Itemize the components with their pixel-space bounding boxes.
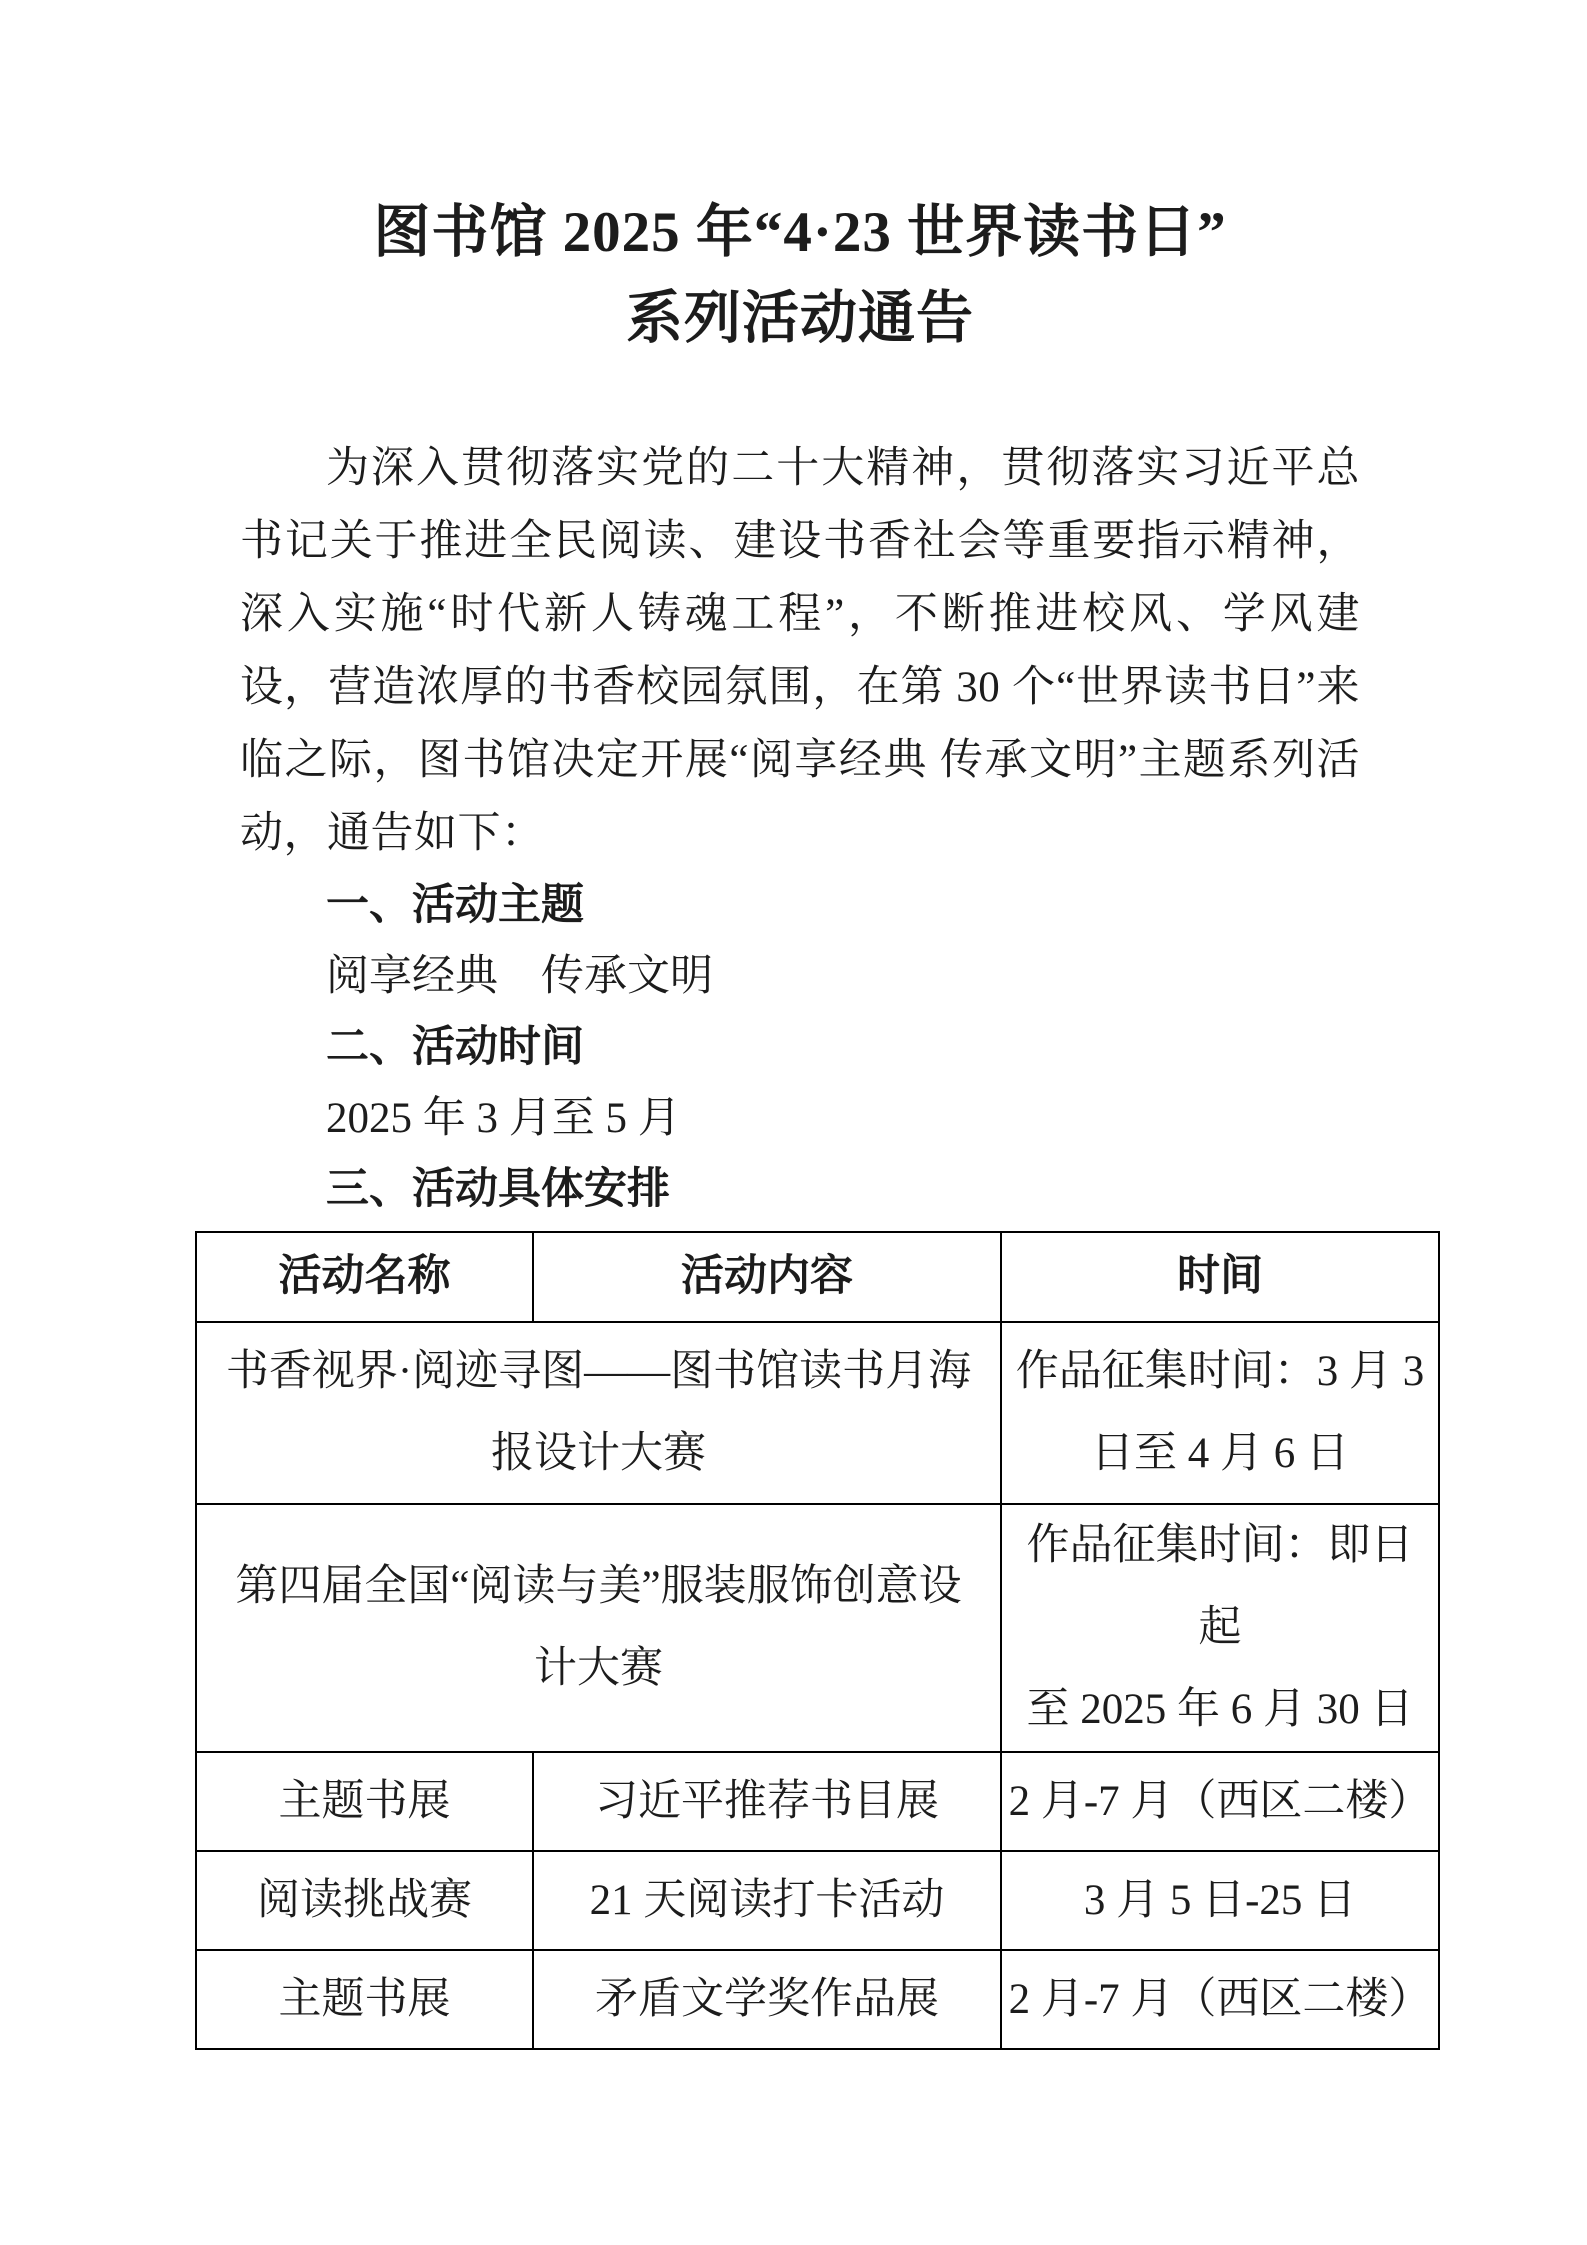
table-row-theme-book-exhibit-2: 主题书展 矛盾文学奖作品展 2 月-7 月（西区二楼） bbox=[196, 1950, 1439, 2049]
table-header-row: 活动名称 活动内容 时间 bbox=[196, 1232, 1439, 1322]
activity-name-cell: 阅读挑战赛 bbox=[196, 1851, 533, 1950]
column-header-time: 时间 bbox=[1001, 1232, 1439, 1322]
table-row-reading-challenge: 阅读挑战赛 21 天阅读打卡活动 3 月 5 日-25 日 bbox=[196, 1851, 1439, 1950]
document-content: 图书馆 2025 年“4·23 世界读书日” 系列活动通告 为深入贯彻落实党的二… bbox=[0, 0, 1587, 2050]
table-row-costume-design-contest: 第四届全国“阅读与美”服装服饰创意设 计大赛 作品征集时间：即日起 至 2025… bbox=[196, 1504, 1439, 1752]
activity-name-cell: 主题书展 bbox=[196, 1950, 533, 2049]
activity-content-cell: 21 天阅读打卡活动 bbox=[533, 1851, 1001, 1950]
time-cell: 作品征集时间：即日起 至 2025 年 6 月 30 日 bbox=[1001, 1504, 1439, 1752]
title-line-2: 系列活动通告 bbox=[240, 276, 1360, 362]
section-heading-schedule: 三、活动具体安排 bbox=[240, 1154, 1360, 1225]
activity-name-cell: 主题书展 bbox=[196, 1752, 533, 1851]
time-cell: 2 月-7 月（西区二楼） bbox=[1001, 1752, 1439, 1851]
section-heading-theme: 一、活动主题 bbox=[240, 870, 1360, 941]
time-cell: 作品征集时间：3 月 3 日至 4 月 6 日 bbox=[1001, 1322, 1439, 1504]
table-row-theme-book-exhibit-1: 主题书展 习近平推荐书目展 2 月-7 月（西区二楼） bbox=[196, 1752, 1439, 1851]
section-body-time: 2025 年 3 月至 5 月 bbox=[240, 1083, 1360, 1154]
activity-name-cell: 第四届全国“阅读与美”服装服饰创意设 计大赛 bbox=[196, 1504, 1001, 1752]
intro-paragraph: 为深入贯彻落实党的二十大精神，贯彻落实习近平总书记关于推进全民阅读、建设书香社会… bbox=[240, 432, 1360, 870]
document-page: 图书馆 2025 年“4·23 世界读书日” 系列活动通告 为深入贯彻落实党的二… bbox=[0, 0, 1587, 2245]
column-header-activity-content: 活动内容 bbox=[533, 1232, 1001, 1322]
activity-content-cell: 习近平推荐书目展 bbox=[533, 1752, 1001, 1851]
time-cell: 2 月-7 月（西区二楼） bbox=[1001, 1950, 1439, 2049]
table-row-poster-contest: 书香视界·阅迹寻图——图书馆读书月海 报设计大赛 作品征集时间：3 月 3 日至… bbox=[196, 1322, 1439, 1504]
document-title: 图书馆 2025 年“4·23 世界读书日” 系列活动通告 bbox=[240, 190, 1360, 362]
section-body-theme: 阅享经典 传承文明 bbox=[240, 941, 1360, 1012]
title-line-1: 图书馆 2025 年“4·23 世界读书日” bbox=[240, 190, 1360, 276]
activity-name-cell: 书香视界·阅迹寻图——图书馆读书月海 报设计大赛 bbox=[196, 1322, 1001, 1504]
column-header-activity-name: 活动名称 bbox=[196, 1232, 533, 1322]
section-heading-time: 二、活动时间 bbox=[240, 1012, 1360, 1083]
time-cell: 3 月 5 日-25 日 bbox=[1001, 1851, 1439, 1950]
activities-table: 活动名称 活动内容 时间 书香视界·阅迹寻图——图书馆读书月海 报设计大赛 作品… bbox=[195, 1231, 1440, 2050]
activity-content-cell: 矛盾文学奖作品展 bbox=[533, 1950, 1001, 2049]
